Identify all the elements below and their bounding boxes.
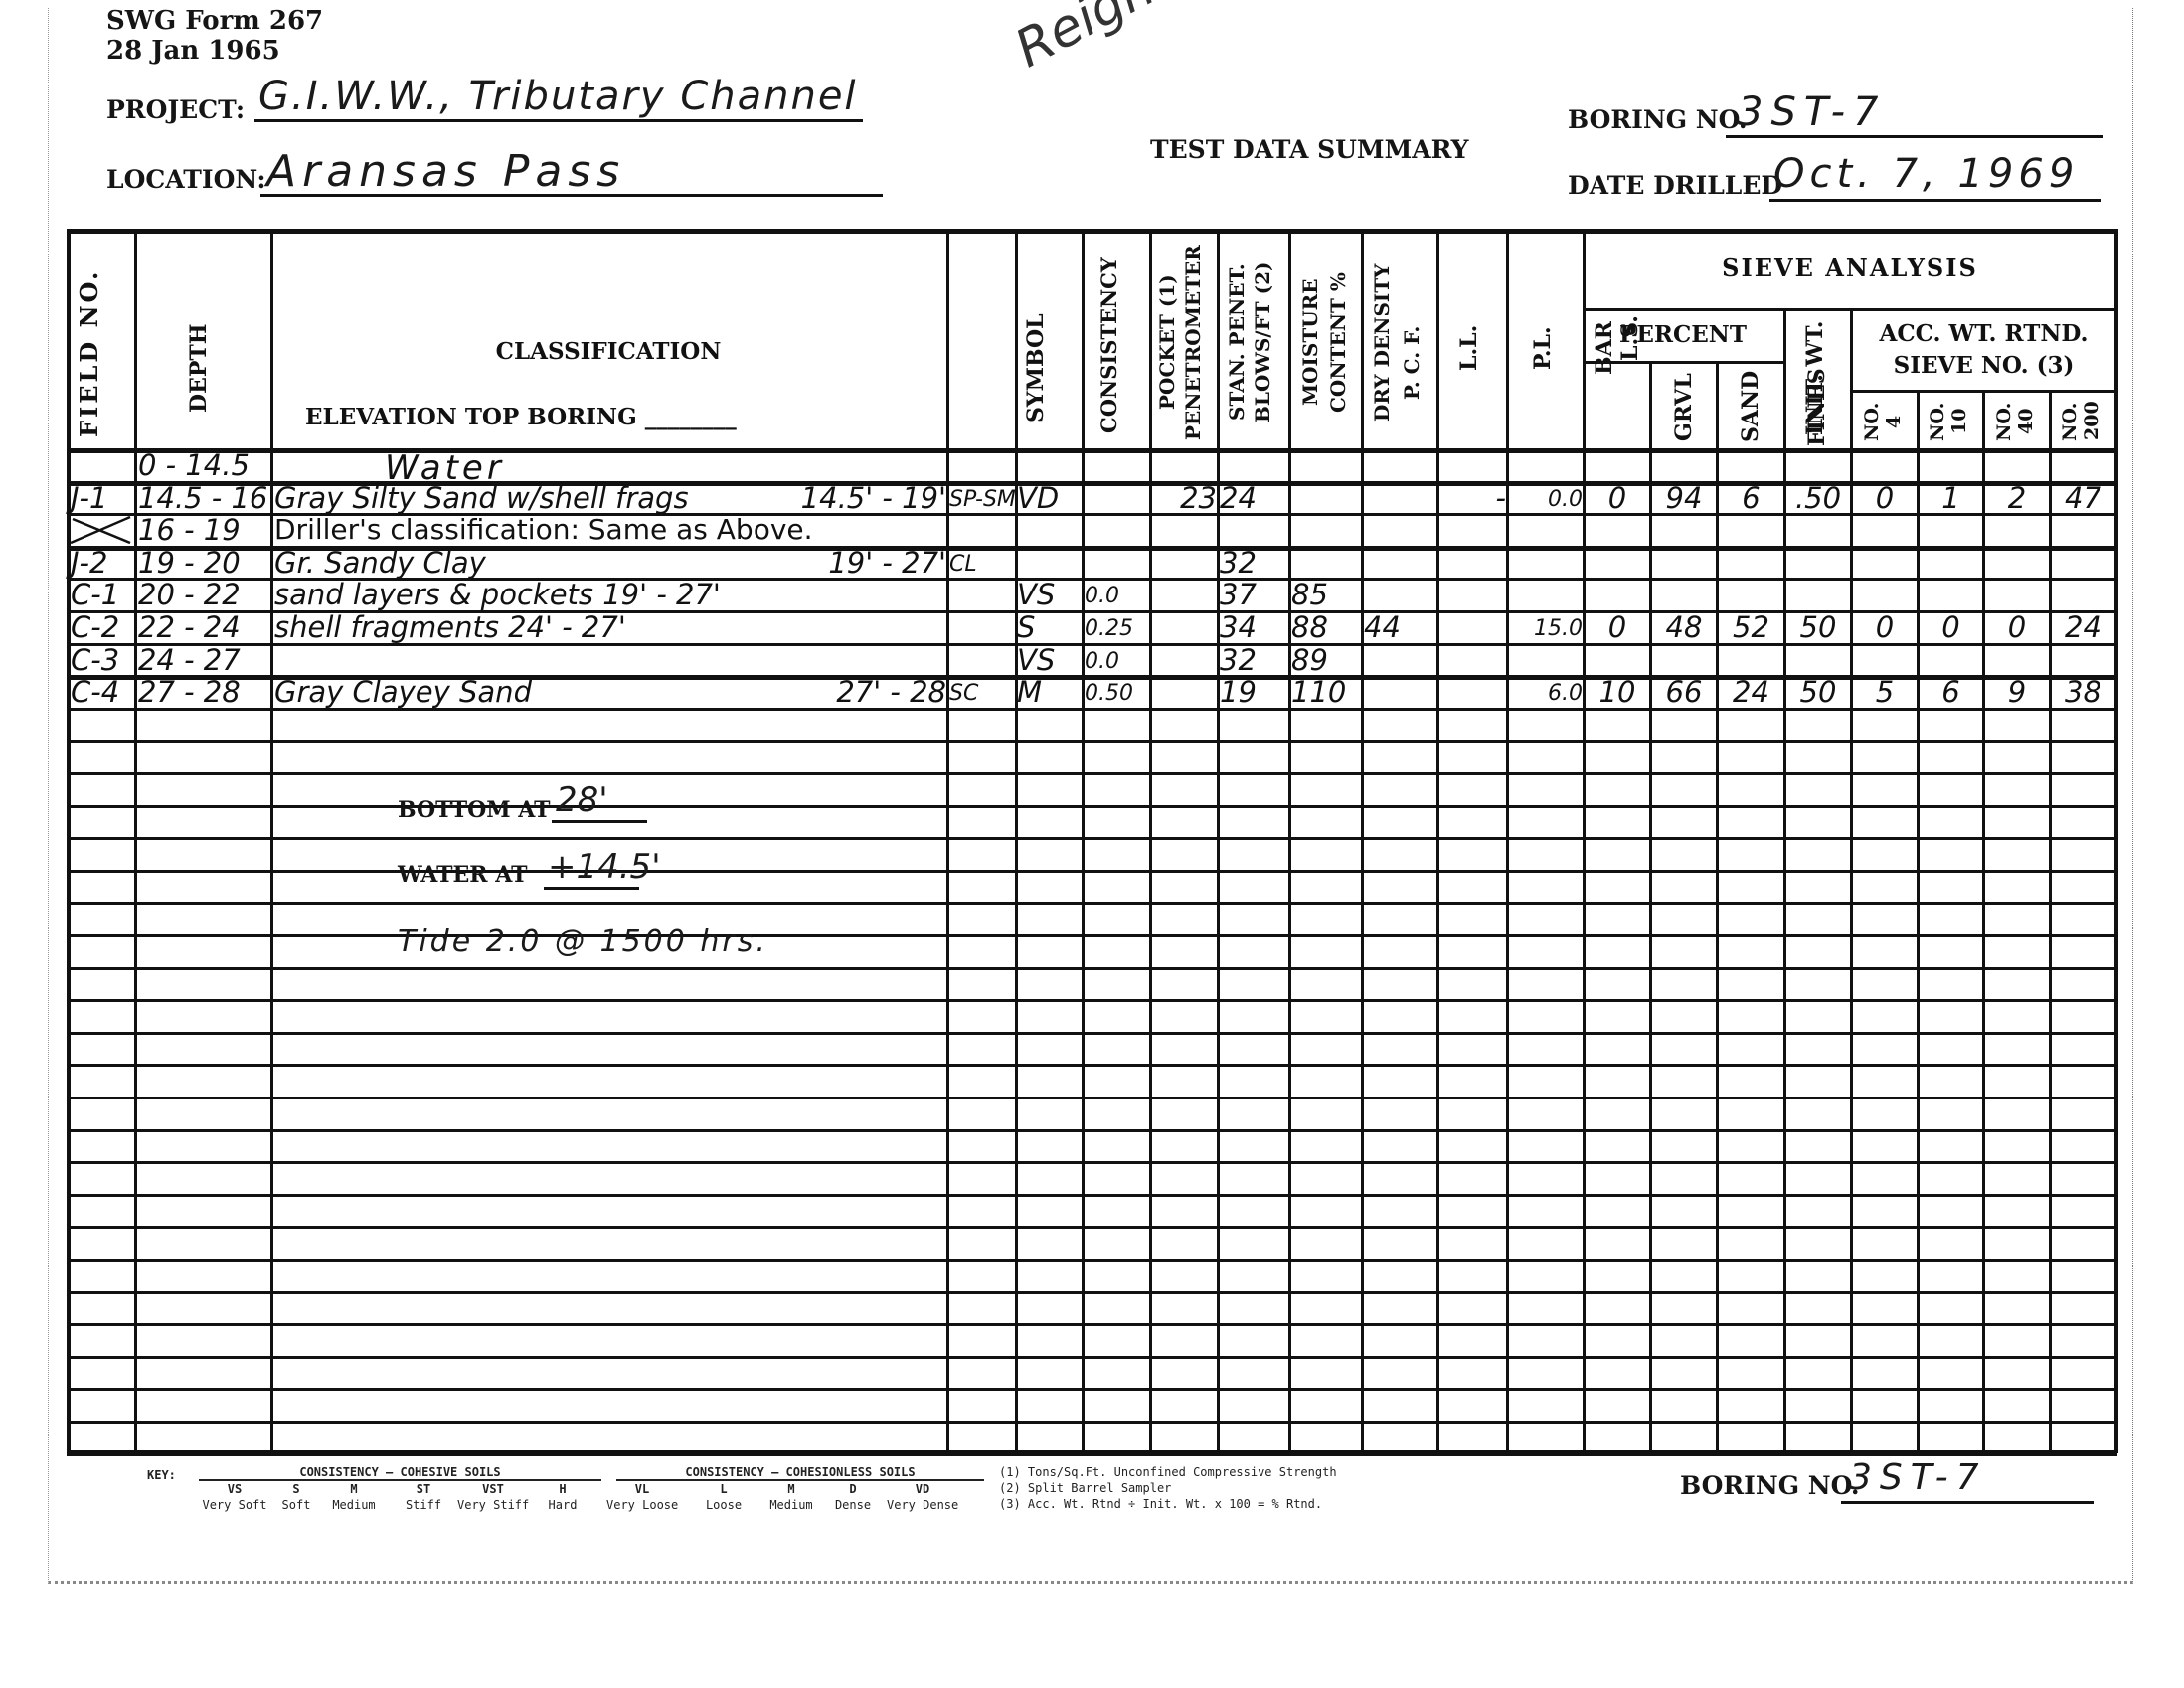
footer-boring-label: BORING NO. <box>1680 1471 1860 1500</box>
location-value: Aransas Pass <box>266 146 625 197</box>
cell-bar-ls: 0.0 <box>1509 487 1583 512</box>
boring-label: BORING NO. <box>1568 105 1748 134</box>
date-drilled-label: DATE DRILLED <box>1568 171 1782 200</box>
form-identifier: SWG Form 267 28 Jan 1965 <box>106 6 323 66</box>
header-no10-value: 10 <box>1946 400 1968 443</box>
row-divider <box>67 1259 2117 1262</box>
cell-pl: - <box>1439 481 1506 515</box>
bottom-at-value[interactable]: 28' <box>552 780 647 823</box>
cell-sand: 94 <box>1652 481 1716 515</box>
header-blows-ft: BLOWS/FT (2) <box>1250 241 1277 444</box>
row-divider <box>67 772 2117 775</box>
header-moisture: MOISTURE <box>1297 241 1325 444</box>
cell-classification: sand layers & pockets 19' - 27' <box>274 578 831 611</box>
cell-consistency: VS <box>1017 578 1082 611</box>
cell-pocket: 0.25 <box>1085 616 1149 641</box>
cell-depth: 0 - 14.5 <box>138 448 270 482</box>
cell-no10: 6 <box>1920 675 1982 709</box>
row-divider <box>67 1129 2117 1132</box>
cell-no10: 1 <box>1920 481 1982 515</box>
header-percent: PERCENT <box>1583 321 1783 348</box>
cell-no4: 0 <box>1853 610 1917 644</box>
header-dry-density: DRY DENSITY <box>1369 241 1397 444</box>
cell-no4: 5 <box>1853 675 1917 709</box>
cell-init-wt: 50 <box>1786 675 1850 709</box>
row-divider <box>67 1226 2117 1229</box>
cell-symbol: SC <box>949 681 1015 706</box>
header-no4-value: 4 <box>1881 400 1903 443</box>
cell-field-no: C-2 <box>71 610 134 644</box>
cell-classification: Driller's classification: Same as Above. <box>274 513 831 546</box>
header-pl: P.L. <box>1530 288 1560 408</box>
cell-grvl: 0 <box>1586 610 1649 644</box>
col-border <box>1082 229 1085 1453</box>
key-name: Hard <box>527 1498 598 1512</box>
footer-boring-field[interactable]: 3ST-7 <box>1841 1461 2094 1504</box>
project-field[interactable]: G.I.W.W., Tributary Channel <box>254 80 863 122</box>
col-border <box>270 229 273 1453</box>
col-border <box>1217 229 1220 1453</box>
cell-moisture: 19 <box>1220 675 1288 709</box>
cell-dry-density: 88 <box>1291 610 1361 644</box>
header-no4-label: NO. <box>1859 400 1881 443</box>
header-stan-penet: STAN. PENET. <box>1224 241 1252 444</box>
cell-depth: 20 - 22 <box>138 578 270 611</box>
key-name: Dense <box>817 1498 889 1512</box>
cell-range: 27' - 28 <box>703 675 946 709</box>
cell-moisture: 32 <box>1220 546 1288 580</box>
cell-stan: 23 <box>1152 481 1217 515</box>
col-border <box>1716 361 1719 1453</box>
row-divider <box>67 1161 2117 1164</box>
header-sand: SAND <box>1738 373 1765 442</box>
tide-note: Tide 2.0 @ 1500 hrs. <box>398 925 768 959</box>
project-value: G.I.W.W., Tributary Channel <box>258 74 858 119</box>
cell-no200: 24 <box>2052 610 2114 644</box>
cell-moisture: 24 <box>1220 481 1288 515</box>
cell-consistency: VD <box>1017 481 1082 515</box>
page-title: TEST DATA SUMMARY <box>1150 135 1469 164</box>
header-classification: CLASSIFICATION <box>270 338 946 365</box>
key-footnotes: (1) Tons/Sq.Ft. Unconfined Compressive S… <box>999 1464 1337 1512</box>
bottom-at-label: BOTTOM AT <box>398 797 551 823</box>
cross-out-mark-icon <box>69 515 132 549</box>
cell-symbol: SP-SM <box>949 487 1015 512</box>
cell-no40: 2 <box>1985 481 2049 515</box>
cell-depth: 16 - 19 <box>138 513 270 547</box>
col-border <box>1583 229 1586 1453</box>
table-top-border <box>67 229 2117 234</box>
cell-no10: 0 <box>1920 610 1982 644</box>
cell-no200: 47 <box>2052 481 2114 515</box>
cell-init-wt: .50 <box>1786 481 1850 515</box>
header-no200-value: 200 <box>2079 396 2100 445</box>
location-field[interactable]: Aransas Pass <box>260 154 883 197</box>
key-name: Loose <box>688 1498 759 1512</box>
col-border <box>1149 229 1152 1453</box>
cell-field-no: C-1 <box>71 578 134 611</box>
cell-symbol: CL <box>949 552 1015 577</box>
header-no10-label: NO. <box>1925 400 1946 443</box>
cell-bar-ls: 15.0 <box>1509 616 1583 641</box>
cell-init-wt: 50 <box>1786 610 1850 644</box>
cell-moisture: 32 <box>1220 643 1288 677</box>
key-abbr: D <box>817 1482 889 1496</box>
row-divider <box>67 934 2117 937</box>
row-divider <box>67 805 2117 808</box>
cell-sand: 66 <box>1652 675 1716 709</box>
footnote-1: (1) Tons/Sq.Ft. Unconfined Compressive S… <box>999 1464 1337 1480</box>
col-border <box>67 229 71 1453</box>
col-border <box>1649 361 1652 1453</box>
key-abbr: L <box>688 1482 759 1496</box>
form-date: 28 Jan 1965 <box>106 36 323 66</box>
cell-consistency: M <box>1017 675 1082 709</box>
row-divider <box>67 1032 2117 1035</box>
cell-fines: 52 <box>1719 610 1783 644</box>
cell-dry-density: 85 <box>1291 578 1361 611</box>
cell-no40: 0 <box>1985 610 2049 644</box>
header-symbol: SYMBOL <box>1023 298 1073 437</box>
row-divider <box>67 1421 2117 1424</box>
cell-grvl: 0 <box>1586 481 1649 515</box>
cell-grvl: 10 <box>1586 675 1649 709</box>
row-divider <box>67 902 2117 905</box>
cell-sand: 48 <box>1652 610 1716 644</box>
row-divider <box>67 967 2117 970</box>
header-acc-wt-rtnd: ACC. WT. RTND. <box>1850 320 2117 347</box>
key-abbr: VL <box>606 1482 678 1496</box>
cell-pocket: 0.50 <box>1085 681 1149 706</box>
key-name: Very Loose <box>606 1498 678 1512</box>
header-ll: L.L. <box>1456 288 1486 408</box>
row-divider <box>67 740 2117 743</box>
key-abbr: M <box>318 1482 390 1496</box>
cell-field-no: C-4 <box>71 675 134 709</box>
footnote-2: (2) Split Barrel Sampler <box>999 1480 1337 1496</box>
header-content-percent: CONTENT % <box>1325 241 1353 444</box>
header-sieve-no: SIEVE NO. (3) <box>1850 352 2117 379</box>
cell-fines: 6 <box>1719 481 1783 515</box>
col-border <box>1288 229 1291 1453</box>
cell-depth: 19 - 20 <box>138 546 270 580</box>
key-name: Very Stiff <box>457 1498 529 1512</box>
header-init-wt: INIT. WT. <box>1802 313 1830 442</box>
cell-no4: 0 <box>1853 481 1917 515</box>
location-label: LOCATION: <box>106 165 266 194</box>
cell-field-no: J-1 <box>71 481 134 515</box>
col-border <box>1506 229 1509 1453</box>
cell-range: 19' - 27' <box>703 546 946 580</box>
key-abbr: VST <box>457 1482 529 1496</box>
cell-field-no: C-3 <box>71 643 134 677</box>
header-field-no: FIELD NO. <box>77 268 126 437</box>
row-divider <box>67 1097 2117 1099</box>
header-depth: DEPTH <box>186 318 216 418</box>
cell-field-no: J-2 <box>71 546 134 580</box>
row-divider <box>67 1356 2117 1359</box>
cell-depth: 14.5 - 16 <box>138 481 270 515</box>
cell-moisture: 37 <box>1220 578 1288 611</box>
header-bar: BAR <box>1592 288 1619 408</box>
cell-depth: 24 - 27 <box>138 643 270 677</box>
boring-field[interactable]: 3ST-7 <box>1726 95 2103 138</box>
col-border <box>946 229 949 1453</box>
cell-dry-density: 89 <box>1291 643 1361 677</box>
header-no40-label: NO. <box>1991 400 2013 443</box>
key-cohesionless-title: CONSISTENCY — COHESIONLESS SOILS <box>616 1465 984 1481</box>
key-label: KEY: <box>147 1468 176 1482</box>
key-abbr: VD <box>887 1482 958 1496</box>
header-elevation-top-boring: ELEVATION TOP BORING ________ <box>305 404 737 430</box>
water-at-label: WATER AT <box>398 862 528 888</box>
key-name: Very Dense <box>887 1498 958 1512</box>
col-border <box>1436 229 1439 1453</box>
key-abbr: H <box>527 1482 598 1496</box>
row-divider <box>67 999 2117 1002</box>
header-penetrometer: PENETROMETER <box>1180 241 1208 444</box>
footnote-3: (3) Acc. Wt. Rtnd ÷ Init. Wt. x 100 = % … <box>999 1496 1337 1512</box>
key-name: Medium <box>318 1498 390 1512</box>
row-divider <box>67 1194 2117 1197</box>
cell-depth: 22 - 24 <box>138 610 270 644</box>
key-name: Stiff <box>388 1498 459 1512</box>
col-border <box>1015 229 1018 1453</box>
form-number: SWG Form 267 <box>106 6 323 36</box>
test-data-table: FIELD NO. DEPTH CLASSIFICATION ELEVATION… <box>67 229 2117 1453</box>
cell-fines: 24 <box>1719 675 1783 709</box>
cell-consistency: VS <box>1017 643 1082 677</box>
header-bottom-border <box>67 448 2117 453</box>
water-at-value[interactable]: +14.5' <box>544 847 639 890</box>
header-no200-label: NO. <box>2057 400 2079 443</box>
header-pocket: POCKET (1) <box>1154 241 1182 444</box>
project-label: PROJECT: <box>106 95 245 124</box>
row-divider <box>67 837 2117 840</box>
header-sieve-analysis: SIEVE ANALYSIS <box>1583 253 2117 282</box>
cell-no200: 38 <box>2052 675 2114 709</box>
row-divider <box>67 1388 2117 1391</box>
cell-no40: 9 <box>1985 675 2049 709</box>
row-divider <box>67 1291 2117 1294</box>
boring-value: 3ST-7 <box>1738 89 1886 135</box>
cell-classification: shell fragments 24' - 27' <box>274 610 831 644</box>
row-divider <box>67 870 2117 873</box>
col-border <box>2114 229 2118 1453</box>
footer-boring-value: 3ST-7 <box>1849 1457 1987 1498</box>
date-drilled-field[interactable]: Oct. 7, 1969 <box>1769 159 2101 202</box>
col-border <box>1361 229 1364 1453</box>
cell-dry-density: 110 <box>1291 675 1361 709</box>
col-border <box>134 229 137 1453</box>
cell-pocket: 0.0 <box>1085 649 1149 674</box>
header-pcf: P. C. F. <box>1399 288 1427 437</box>
cell-pocket: 0.0 <box>1085 584 1149 608</box>
row-divider <box>67 1323 2117 1326</box>
row-divider <box>67 1064 2117 1067</box>
table-bottom-border <box>67 1450 2117 1455</box>
header-no40-value: 40 <box>2013 400 2035 443</box>
key-abbr: ST <box>388 1482 459 1496</box>
header-grvl: GRVL <box>1671 373 1699 442</box>
cell-range: 14.5' - 19' <box>703 481 946 515</box>
header-consistency: CONSISTENCY <box>1096 249 1136 442</box>
cell-ll: 44 <box>1364 610 1436 644</box>
cell-consistency: S <box>1017 610 1082 644</box>
cell-depth: 27 - 28 <box>138 675 270 709</box>
date-drilled-value: Oct. 7, 1969 <box>1773 151 2079 197</box>
cell-bar-ls: 6.0 <box>1509 681 1583 706</box>
cell-moisture: 34 <box>1220 610 1288 644</box>
key-cohesive-title: CONSISTENCY — COHESIVE SOILS <box>199 1465 601 1481</box>
